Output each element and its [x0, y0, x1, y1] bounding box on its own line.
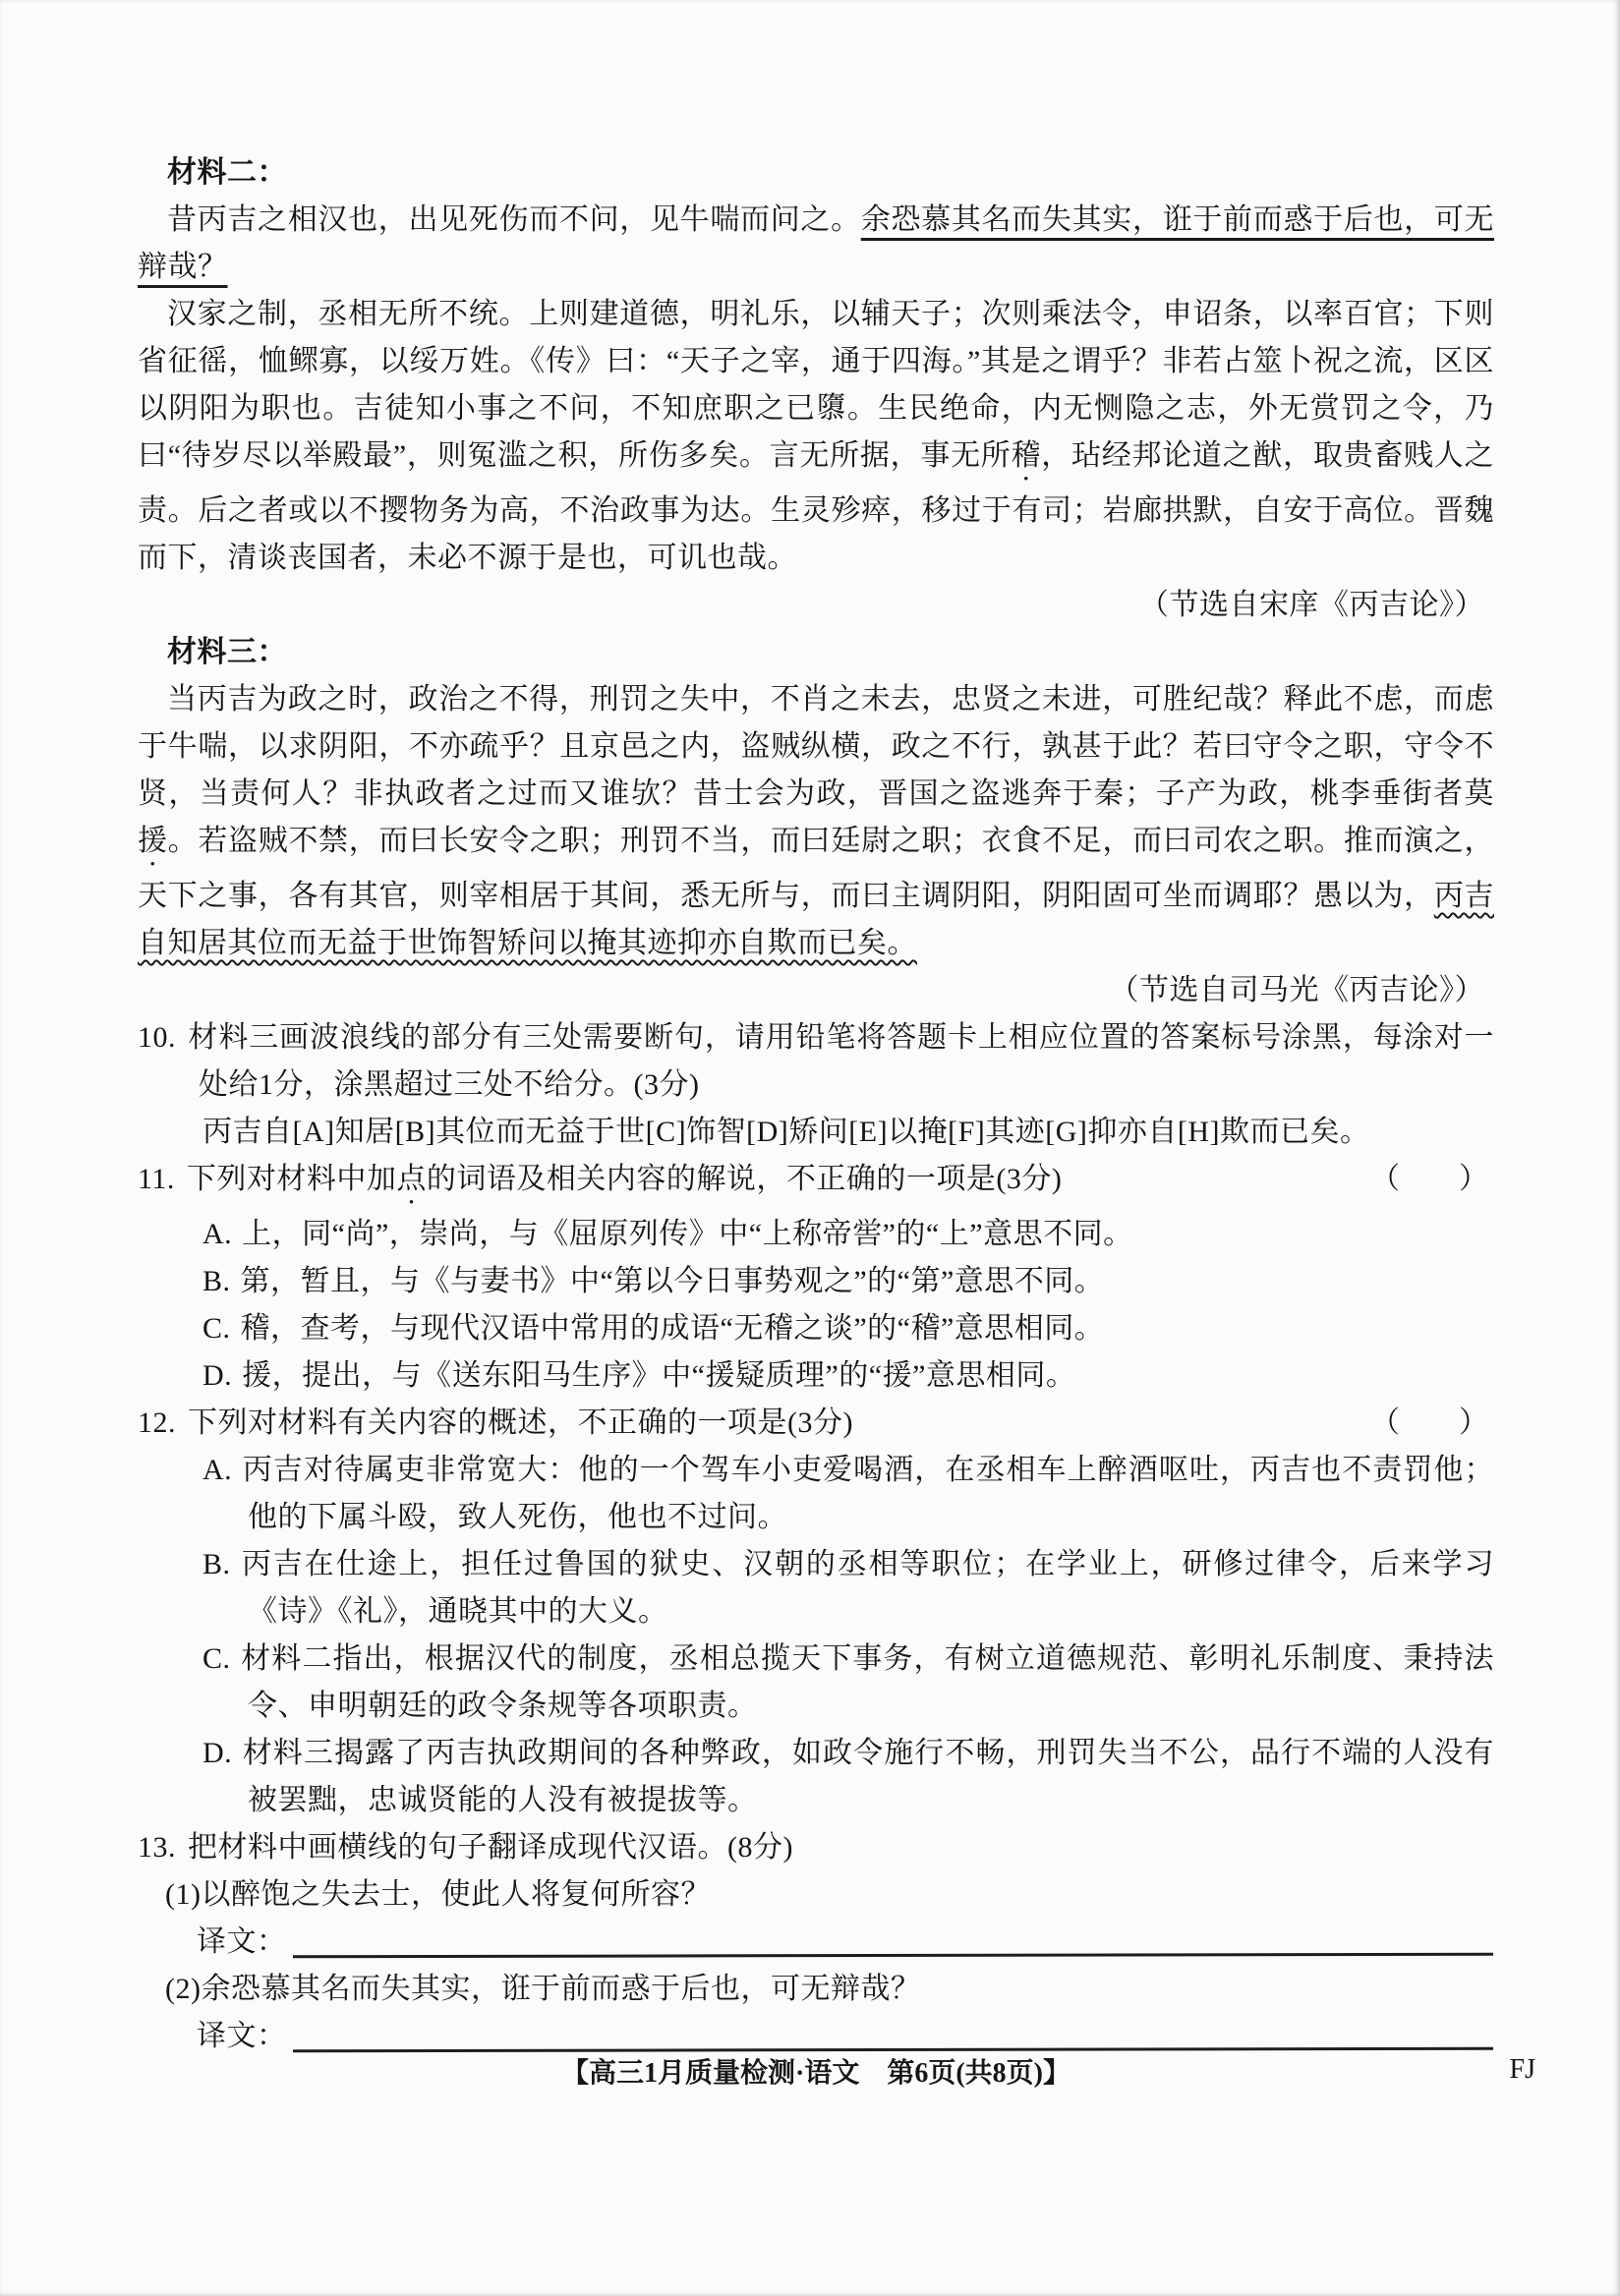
question-12-option-a: A.丙吉对待属吏非常宽大：他的一个驾车小吏爱喝酒，在丞相车上醉酒呕吐，丙吉也不责… [138, 1447, 1494, 1541]
material3-source-attribution: （节选自司马光《丙吉论》） [138, 967, 1494, 1014]
material2-paragraph-2: 汉家之制，丞相无所不统。上则建道德，明礼乐，以辅天子；次则乘法令，申诏条，以率百… [138, 291, 1494, 582]
question-11-number: 11. [138, 1163, 175, 1195]
question-13-number: 13. [138, 1831, 176, 1864]
question-11-text-a: 下列对材料中加 [187, 1163, 397, 1195]
question-12-option-b: B.丙吉在仕途上，担任过鲁国的狱史、汉朝的丞相等职位；在学业上，研修过律令，后来… [138, 1541, 1494, 1636]
question-11-emphasized-char-dian: 点 [396, 1163, 427, 1195]
question-11-option-c-text: 稽，查考，与现代汉语中常用的成语“无稽之谈”的“稽”意思相同。 [241, 1312, 1105, 1345]
question-11-option-d-label: D. [202, 1359, 232, 1392]
question-11-stem: （ ）11.下列对材料中加点的词语及相关内容的解说，不正确的一项是(3分) [138, 1156, 1494, 1211]
question-10-text: 材料三画波浪线的部分有三处需要断句，请用铅笔将答题卡上相应位置的答案标号涂黑，每… [188, 1021, 1494, 1101]
question-12-option-c: C.材料二指出，根据汉代的制度，丞相总揽天下事务，有树立道德规范、彰明礼乐制度、… [138, 1636, 1494, 1730]
question-11-answer-bracket: （ ） [1431, 1156, 1494, 1203]
translation-label-1: 译文： [197, 1919, 287, 1966]
material3-text-a: 当丙吉为政之时，政治之不得，刑罚之失中，不肖之未去，忠贤之未进，可胜纪哉？释此不… [138, 683, 1494, 810]
question-11-option-a-text: 上，同“尚”，崇尚，与《屈原列传》中“上称帝喾”的“上”意思不同。 [242, 1218, 1132, 1250]
page-footer: 【高三1月质量检测·语文 第6页(共8页)】 [138, 2050, 1494, 2097]
exam-page: 材料二： 昔丙吉之相汉也，出见死伤而不问，见牛喘而问之。余恐慕其名而失其实，诳于… [0, 0, 1620, 2296]
question-13-stem: 13.把材料中画横线的句子翻译成现代汉语。(8分) [138, 1824, 1494, 1871]
question-12-answer-bracket: （ ） [1431, 1400, 1494, 1447]
question-11-option-b: B.第，暂且，与《与妻书》中“第以今日事势观之”的“第”意思不同。 [138, 1258, 1494, 1305]
question-10-stem: 10.材料三画波浪线的部分有三处需要断句，请用铅笔将答题卡上相应位置的答案标号涂… [138, 1014, 1494, 1109]
question-13-sentence-1: (1)以醉饱之失去士，使此人将复何所容？ [165, 1871, 1494, 1919]
question-11-option-d-text: 援，提出，与《送东阳马生序》中“援疑质理”的“援”意思相同。 [242, 1359, 1075, 1392]
material2-source-attribution: （节选自宋庠《丙吉论》） [138, 582, 1494, 629]
question-12-option-d-text: 材料三揭露了丙吉执政期间的各种弊政，如政令施行不畅，刑罚失当不公，品行不端的人没… [242, 1737, 1494, 1816]
question-10-number: 10. [138, 1021, 176, 1054]
question-12-text: 下列对材料有关内容的概述，不正确的一项是(3分) [188, 1406, 853, 1439]
material3-text-b: 。若盗贼不禁，而曰长安令之职；刑罚不当，而曰廷尉之职；衣食不足，而曰司农之职。推… [138, 825, 1494, 912]
material3-paragraph: 当丙吉为政之时，政治之不得，刑罚之失中，不肖之未去，忠贤之未进，可胜纪哉？释此不… [138, 676, 1494, 967]
material2-emphasized-char-ji: 稽 [1012, 439, 1042, 472]
question-11-text-b: 的词语及相关内容的解说，不正确的一项是(3分) [427, 1163, 1062, 1195]
question-13-text: 把材料中画横线的句子翻译成现代汉语。(8分) [188, 1831, 793, 1864]
page-footer-code: FJ [1510, 2046, 1535, 2094]
question-11-option-b-text: 第，暂且，与《与妻书》中“第以今日事势观之”的“第”意思不同。 [241, 1265, 1105, 1297]
question-12-option-b-text: 丙吉在仕途上，担任过鲁国的狱史、汉朝的丞相等职位；在学业上，研修过律令，后来学习… [241, 1548, 1494, 1628]
question-12-number: 12. [138, 1406, 176, 1439]
question-12-option-c-text: 材料二指出，根据汉代的制度，丞相总揽天下事务，有树立道德规范、彰明礼乐制度、秉持… [241, 1642, 1494, 1722]
question-11-option-a: A.上，同“尚”，崇尚，与《屈原列传》中“上称帝喾”的“上”意思不同。 [138, 1211, 1494, 1258]
question-12-option-a-text: 丙吉对待属吏非常宽大：他的一个驾车小吏爱喝酒，在丞相车上醉酒呕吐，丙吉也不责罚他… [242, 1454, 1494, 1533]
material2-p1-text: 昔丙吉之相汉也，出见死伤而不问，见牛喘而问之。 [167, 203, 861, 236]
question-12-option-b-label: B. [202, 1548, 231, 1580]
question-13-translation-line-1: 译文： [197, 1919, 1494, 1966]
page-content: 材料二： 昔丙吉之相汉也，出见死伤而不问，见牛喘而问之。余恐慕其名而失其实，诳于… [138, 149, 1494, 2060]
question-10-segmentation-line: 丙吉自[A]知居[B]其位而无益于世[C]饰智[D]矫问[E]以掩[F]其迹[G… [202, 1109, 1494, 1156]
material3-heading: 材料三： [138, 629, 1494, 676]
question-11-option-d: D.援，提出，与《送东阳马生序》中“援疑质理”的“援”意思相同。 [138, 1352, 1494, 1400]
question-13-sentence-2: (2)余恐慕其名而失其实，诳于前而惑于后也，可无辩哉？ [165, 1966, 1494, 2013]
question-12-option-c-label: C. [202, 1642, 231, 1675]
material3-emphasized-char-yuan: 援 [138, 825, 168, 857]
question-12-stem: （ ）12.下列对材料有关内容的概述，不正确的一项是(3分) [138, 1400, 1494, 1447]
question-12-option-d-label: D. [202, 1737, 232, 1769]
question-11-option-b-label: B. [202, 1265, 231, 1297]
material2-heading: 材料二： [138, 149, 1494, 197]
question-12-option-a-label: A. [202, 1454, 232, 1486]
question-11-option-a-label: A. [202, 1218, 232, 1250]
material2-paragraph-1: 昔丙吉之相汉也，出见死伤而不问，见牛喘而问之。余恐慕其名而失其实，诳于前而惑于后… [138, 197, 1494, 291]
answer-blank-line-1 [292, 1953, 1492, 1959]
question-11-option-c: C.稽，查考，与现代汉语中常用的成语“无稽之谈”的“稽”意思相同。 [138, 1305, 1494, 1352]
question-12-option-d: D.材料三揭露了丙吉执政期间的各种弊政，如政令施行不畅，刑罚失当不公，品行不端的… [138, 1730, 1494, 1824]
question-11-option-c-label: C. [202, 1312, 231, 1345]
